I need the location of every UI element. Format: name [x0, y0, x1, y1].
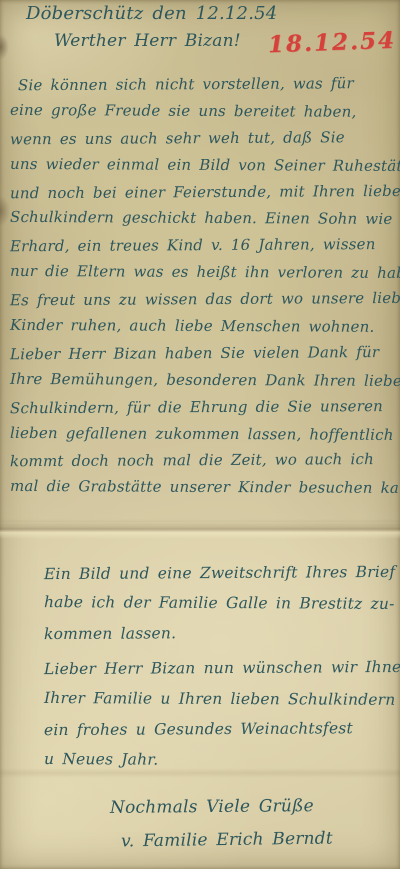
letter-line: Es freut uns zu wissen das dort wo unser… — [10, 285, 400, 314]
letter-line: wenn es uns auch sehr weh tut, daß Sie — [10, 123, 400, 152]
letter-signature: v. Familie Erich Berndt — [121, 829, 333, 852]
letter-line: Sie können sich nicht vorstellen, was fü… — [18, 70, 400, 99]
letter-line: uns wieder einmal ein Bild von Seiner Ru… — [10, 151, 400, 180]
letter-line: Ihrer Familie u Ihren lieben Schulkinder… — [44, 683, 400, 715]
letter-line: und noch bei einer Feierstunde, mit Ihre… — [10, 177, 400, 206]
letter-line: habe ich der Familie Galle in Brestitz z… — [44, 587, 395, 619]
letter-line: Lieber Herr Bizan haben Sie vielen Dank … — [10, 339, 400, 368]
letter-line: Schulkindern geschickt haben. Einen Sohn… — [10, 204, 400, 233]
letter-line: lieben gefallenen zukommen lassen, hoffe… — [10, 419, 400, 448]
letter-line: ein frohes u Gesundes Weinachtsfest — [44, 713, 400, 746]
letter-line: nur die Eltern was es heißt ihn verloren… — [10, 258, 400, 287]
letter-line: kommen lassen. — [44, 617, 395, 649]
letter-dateline: Döberschütz den 12.12.54 — [26, 3, 277, 24]
letter-line: eine große Freude sie uns bereitet haben… — [10, 97, 400, 126]
letter-line: Ein Bild und eine Zweitschrift Ihres Bri… — [44, 557, 395, 589]
paper-fold-crease — [0, 519, 400, 539]
letter-paragraph-3: Lieber Herr Bizan nun wünschen wir Ihnen… — [44, 653, 400, 775]
letter-line: Erhard, ein treues Kind v. 16 Jahren, wi… — [10, 231, 400, 260]
letter-line: Schulkindern, für die Ehrung die Sie uns… — [10, 392, 400, 421]
paper-edge-smudge — [0, 196, 10, 226]
letter-line: Lieber Herr Bizan nun wünschen wir Ihnen… — [44, 652, 400, 685]
letter-line: Ihre Bemühungen, besonderen Dank Ihren l… — [10, 366, 400, 395]
received-date-stamp: 18.12.54 — [268, 27, 397, 58]
letter-line: Kinder ruhen, auch liebe Menschen wohnen… — [10, 312, 400, 341]
letter-page: Döberschütz den 12.12.54 Werther Herr Bi… — [0, 0, 400, 869]
paper-edge-smudge — [0, 34, 9, 60]
paper-streak — [0, 768, 400, 778]
letter-paragraph-2: Ein Bild und eine Zweitschrift Ihres Bri… — [44, 558, 395, 648]
letter-closing-greeting: Nochmals Viele Grüße — [110, 796, 314, 818]
letter-salutation: Werther Herr Bizan! — [54, 31, 241, 51]
letter-line: kommt doch noch mal die Zeit, wo auch ic… — [10, 446, 400, 475]
letter-line: mal die Grabstätte unserer Kinder besuch… — [10, 473, 400, 502]
letter-paragraph-1: Sie können sich nicht vorstellen, was fü… — [10, 71, 400, 501]
